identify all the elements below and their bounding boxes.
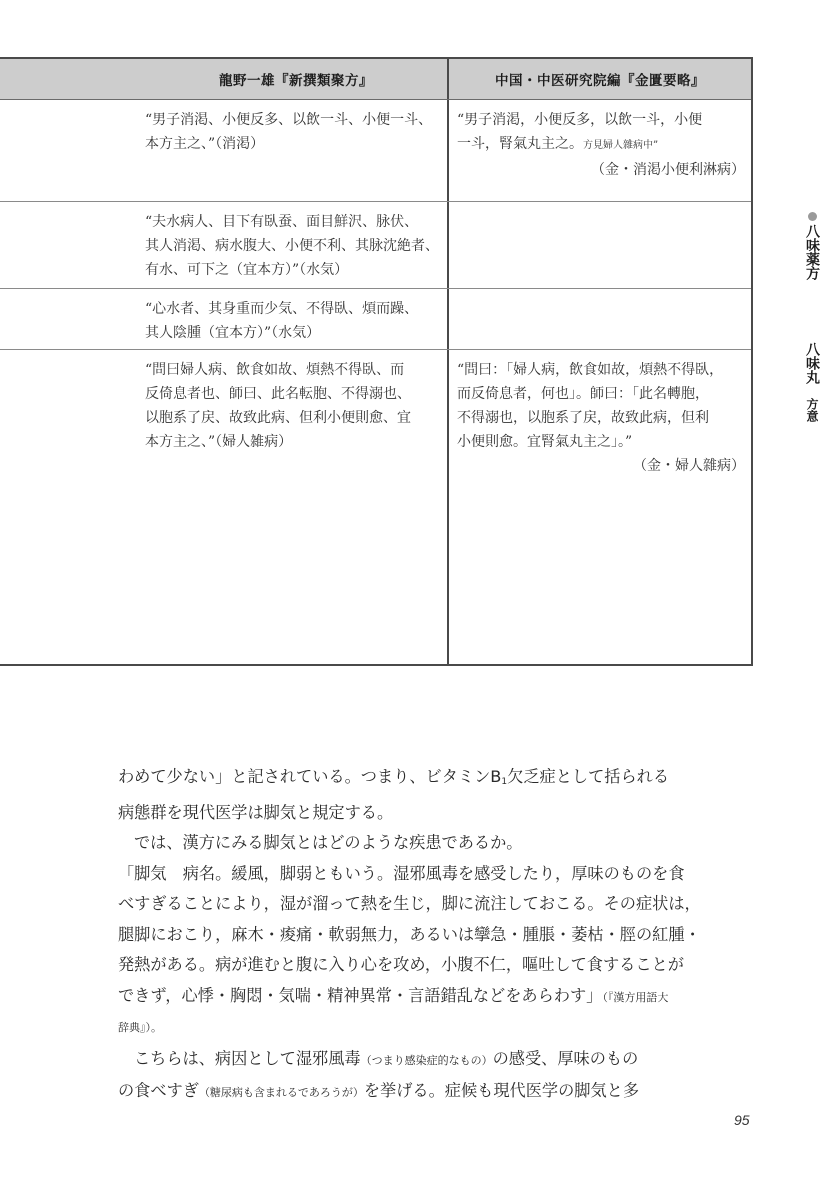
- cell-text: “問曰：「婦人病，飲食如故，煩熱不得臥，: [457, 358, 745, 382]
- citation: （『漢方用語大: [602, 991, 668, 1004]
- cell-text: 以胞系了戻、故致此病、但利小便則愈、宜: [145, 406, 441, 430]
- table-header-row: 龍野一雄『新撰類聚方』 中国・中医研究院編『金匱要略』: [0, 59, 751, 100]
- aside-note: （糖尿病も含まれるであろうが）: [199, 1086, 364, 1099]
- table-row: “問曰婦人病、飲食如故、煩熱不得臥、而 反倚息者也、師曰、此名転胞、不得溺也、 …: [0, 350, 751, 664]
- quote-line: 腿脚におこり，麻木・痠痛・軟弱無力，あるいは攣急・腫脹・萎枯・脛の紅腫・: [118, 920, 758, 951]
- text: こちらは、病因として湿邪風毒: [134, 1049, 361, 1068]
- table-row: “夫水病人、目下有臥蚕、面目鮮沢、脉伏、 其人消渇、病水腹大、小便不利、其脉沈絶…: [0, 202, 751, 289]
- cell-text: 小便則愈。宜腎氣丸主之」。”: [457, 430, 745, 454]
- text: の感受、厚味のもの: [493, 1049, 639, 1068]
- quote-line: べすぎることにより，湿が溜って熱を生じ，脚に流注しておこる。その症状は，: [118, 889, 758, 920]
- column-header-shinsen-ruijuho: 龍野一雄『新撰類聚方』: [0, 59, 449, 99]
- text: できず，心悸・胸悶・気喘・精神異常・言語錯乱などをあらわす」: [118, 986, 602, 1005]
- cell-text: “夫水病人、目下有臥蚕、面目鮮沢、脉伏、: [145, 210, 441, 234]
- paragraph-line: 病態群を現代医学は脚気と規定する。: [118, 798, 758, 829]
- text: 欠乏症として括られる: [507, 767, 669, 786]
- page-number: 95: [734, 1112, 750, 1128]
- cell-source: （金・消渇小便利淋病）: [457, 158, 745, 182]
- cell-source: （金・婦人雜病）: [457, 454, 745, 478]
- table-row: “心水者、其身重而少気、不得臥、煩而躁、 其人陰腫（宜本方）”（水気）: [0, 289, 751, 350]
- table-row: “男子消渇、小便反多、以飲一斗、小便一斗、 本方主之、”（消渇） “男子消渇，小…: [0, 100, 751, 202]
- paragraph-line: では、漢方にみる脚気とはどのような疾患であるか。: [118, 828, 758, 859]
- cell-text: 不得溺也，以胞系了戻，故致此病，但利: [457, 406, 745, 430]
- cell-text: 有水、可下之（宜本方）”（水気）: [145, 258, 441, 282]
- bullet-dot-icon: [808, 212, 817, 221]
- cell-text: 而反倚息者，何也」。師曰：「此名轉胞，: [457, 382, 745, 406]
- table-cell: “男子消渇，小便反多，以飲一斗，小便 一斗，腎氣丸主之。方見婦人雜病中” （金・…: [449, 100, 751, 201]
- paragraph-line: の食べすぎ（糖尿病も含まれるであろうが）を挙げる。症候も現代医学の脚気と多: [118, 1076, 758, 1109]
- table-cell-empty: [449, 202, 751, 288]
- chapter-subtitle: 方意: [804, 398, 820, 422]
- cell-text: 本方主之、”（消渇）: [145, 132, 441, 156]
- table-cell: “夫水病人、目下有臥蚕、面目鮮沢、脉伏、 其人消渇、病水腹大、小便不利、其脉沈絶…: [0, 202, 449, 288]
- table-cell: “心水者、其身重而少気、不得臥、煩而躁、 其人陰腫（宜本方）”（水気）: [0, 289, 449, 349]
- cell-note: 方見婦人雜病中”: [583, 140, 658, 151]
- section-label: 八味薬方: [804, 224, 820, 280]
- cell-text: “男子消渇，小便反多，以飲一斗，小便: [457, 108, 745, 132]
- table-cell: “問曰：「婦人病，飲食如故，煩熱不得臥， 而反倚息者，何也」。師曰：「此名轉胞，…: [449, 350, 751, 664]
- paragraph-line: わめて少ない」と記されている。つまり、ビタミンB1欠乏症として括られる: [118, 762, 758, 798]
- text: の食べすぎ: [118, 1081, 199, 1100]
- text: わめて少ない」と記されている。つまり、ビタミンB: [118, 767, 501, 786]
- table-cell: “問曰婦人病、飲食如故、煩熱不得臥、而 反倚息者也、師曰、此名転胞、不得溺也、 …: [0, 350, 449, 664]
- body-text: わめて少ない」と記されている。つまり、ビタミンB1欠乏症として括られる 病態群を…: [118, 762, 758, 1109]
- citation-line: 辞典』）。: [118, 1013, 758, 1044]
- paragraph-line: こちらは、病因として湿邪風毒（つまり感染症的なもの）の感受、厚味のもの: [118, 1044, 758, 1077]
- cell-text: “男子消渇、小便反多、以飲一斗、小便一斗、: [145, 108, 441, 132]
- cell-text: “心水者、其身重而少気、不得臥、煩而躁、: [145, 297, 441, 321]
- column-header-kinki-yoryaku: 中国・中医研究院編『金匱要略』: [449, 59, 751, 99]
- cell-text: 其人陰腫（宜本方）”（水気）: [145, 321, 441, 345]
- table-cell: “男子消渇、小便反多、以飲一斗、小便一斗、 本方主之、”（消渇）: [0, 100, 449, 201]
- quote-line: 「脚気 病名。緩風，脚弱ともいう。湿邪風毒を感受したり，厚味のものを食: [118, 859, 758, 890]
- chapter-title: 八味丸: [804, 342, 820, 384]
- cell-text: “問曰婦人病、飲食如故、煩熱不得臥、而: [145, 358, 441, 382]
- quote-line: できず，心悸・胸悶・気喘・精神異常・言語錯乱などをあらわす」（『漢方用語大: [118, 981, 758, 1014]
- cell-text: 本方主之、”（婦人雑病）: [145, 430, 441, 454]
- quote-line: 発熱がある。病が進むと腹に入り心を攻め，小腹不仁，嘔吐して食することが: [118, 950, 758, 981]
- table-cell-empty: [449, 289, 751, 349]
- chapter-side-tab: 八味薬方 八味丸 方意: [800, 212, 824, 422]
- aside-note: （つまり感染症的なもの）: [361, 1054, 493, 1067]
- cell-text: 反倚息者也、師曰、此名転胞、不得溺也、: [145, 382, 441, 406]
- cell-text: 一斗，腎氣丸主之。: [457, 136, 583, 152]
- cell-text: 一斗，腎氣丸主之。方見婦人雜病中”: [457, 132, 745, 158]
- text: を挙げる。症候も現代医学の脚気と多: [364, 1081, 639, 1100]
- cell-text: 其人消渇、病水腹大、小便不利、其脉沈絶者、: [145, 234, 441, 258]
- comparison-table: 龍野一雄『新撰類聚方』 中国・中医研究院編『金匱要略』 “男子消渇、小便反多、以…: [0, 57, 753, 666]
